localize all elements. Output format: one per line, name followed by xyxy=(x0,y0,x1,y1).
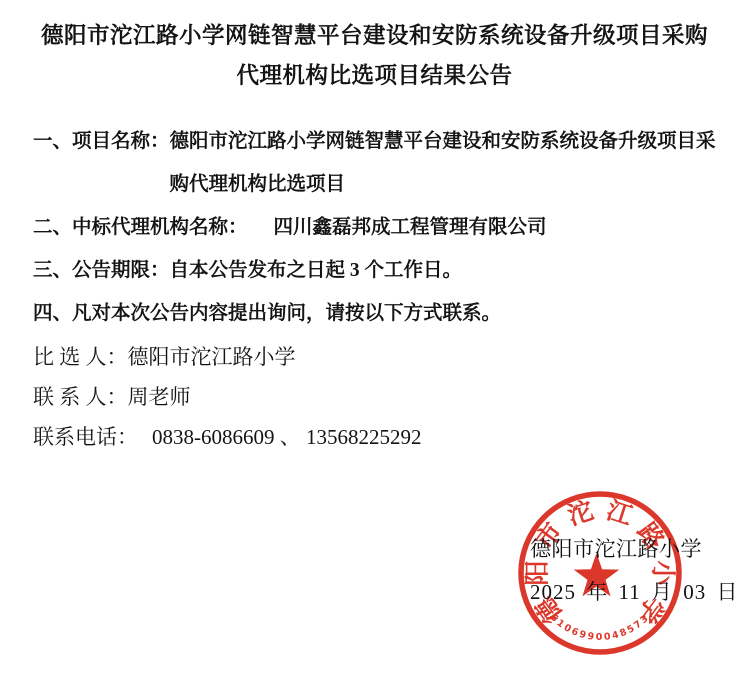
contact-row-phone: 联系电话： 0838-6086609 、 13568225292 xyxy=(33,417,749,457)
item-label: 三、公告期限： xyxy=(33,249,170,292)
item-content: 德阳市沱江路小学网链智慧平台建设和安防系统设备升级项目采购代理机构比选项目 xyxy=(170,120,725,206)
item-project-name: 一、项目名称： 德阳市沱江路小学网链智慧平台建设和安防系统设备升级项目采购代理机… xyxy=(33,120,725,206)
item-content: 自本公告发布之日起 3 个工作日。 xyxy=(170,249,463,292)
contact-label: 联 系 人： xyxy=(33,377,128,417)
contact-row-person: 联 系 人： 周老师 xyxy=(33,377,749,417)
contact-info: 比 选 人： 德阳市沱江路小学 联 系 人： 周老师 联系电话： 0838-60… xyxy=(33,337,749,457)
signature-date: 2025 年 11 月 03 日 xyxy=(530,579,738,605)
seal-code: 5106990048573 xyxy=(548,612,652,643)
item-inquiry-note: 四、 凡对本次公告内容提出询问，请按以下方式联系。 xyxy=(33,292,725,335)
contact-value: 周老师 xyxy=(128,377,191,417)
contact-label: 比 选 人： xyxy=(33,337,128,377)
item-label: 四、 xyxy=(33,292,72,335)
contact-value: 德阳市沱江路小学 xyxy=(128,337,296,377)
item-label: 一、项目名称： xyxy=(33,120,170,163)
item-label: 二、中标代理机构名称： xyxy=(33,206,248,249)
item-content: 四川鑫磊邦成工程管理有限公司 xyxy=(274,206,547,249)
contact-label: 联系电话： xyxy=(33,417,138,457)
item-announcement-period: 三、公告期限： 自本公告发布之日起 3 个工作日。 xyxy=(33,249,725,292)
numbered-items: 一、项目名称： 德阳市沱江路小学网链智慧平台建设和安防系统设备升级项目采购代理机… xyxy=(33,120,725,335)
contact-row-selector: 比 选 人： 德阳市沱江路小学 xyxy=(33,337,749,377)
page-title: 德阳市沱江路小学网链智慧平台建设和安防系统设备升级项目采购代理机构比选项目结果公… xyxy=(0,0,749,96)
signature-name: 德阳市沱江路小学 xyxy=(530,536,738,562)
item-winning-agency: 二、中标代理机构名称： 四川鑫磊邦成工程管理有限公司 xyxy=(33,206,725,249)
signature-block: 德阳市沱江路小学 2025 年 11 月 03 日 xyxy=(530,536,738,605)
item-content: 凡对本次公告内容提出询问，请按以下方式联系。 xyxy=(72,292,501,335)
contact-value: 0838-6086609 、 13568225292 xyxy=(152,417,422,457)
announcement-page: 德阳市沱江路小学网链智慧平台建设和安防系统设备升级项目采购代理机构比选项目结果公… xyxy=(0,0,749,679)
